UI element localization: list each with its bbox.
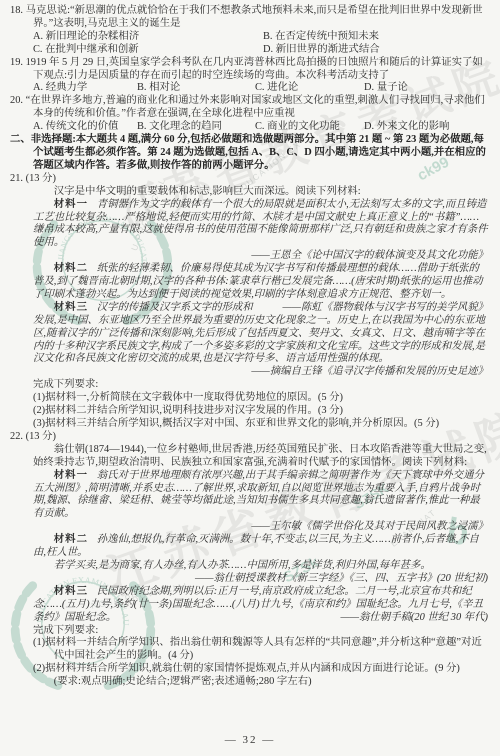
question-21-material-2: 材料二纸张的轻薄柔韧、价廉易得使其成为汉字书写和传播最理想的载体……借助于纸张的… <box>33 263 488 302</box>
question-21-number: 21. <box>10 173 23 184</box>
exam-page: 江苏省教育考试院 江苏省教育考试院 EDUCATION EX U PROVINC… <box>0 0 500 756</box>
question-21-requirements-label: 完成下列要求: <box>33 379 488 392</box>
material-2-label: 材料二 <box>54 263 88 274</box>
option-20-b: B. 文化理念的趋同 <box>137 121 255 134</box>
question-20-options: A. 传统文化的价值 B. 文化理念的趋同 C. 商业的文化功能 D. 外来文化… <box>10 121 488 134</box>
question-18-stem: 马克思说:“新思潮的优点就恰恰在于我们不想教条式地预料未来,而只是希望在批判旧世… <box>26 5 483 29</box>
question-22-score: (13 分) <box>26 431 56 442</box>
question-21-requirement-1: (1)据材料一,分析简牍在文字载体中一度取得优势地位的原因。(5 分) <box>33 392 488 405</box>
question-22-number: 22. <box>10 431 23 442</box>
question-21-material-1-citation: ——王恩全《论中国汉字的载体演变及其文化功能》 <box>33 250 488 263</box>
question-19-stem: 1919 年 5 月 29 日,英国皇家学会科考队在几内亚湾普林西比岛拍摄的日蚀… <box>26 57 483 81</box>
question-21-material-3-citation: ——摘编自王锋《追寻汉字传播和发展的历史足迹》 <box>33 366 488 379</box>
question-18: 18. 马克思说:“新思潮的优点就恰恰在于我们不想教条式地预料未来,而只是希望在… <box>10 5 488 31</box>
section-2-number: 二、 <box>10 134 31 145</box>
question-21-body: 汉字是中华文明的重要载体和标志,影响巨大而深远。阅读下列材料: 材料一青铜器作为… <box>33 186 488 431</box>
page-number: — 32 — <box>0 734 500 747</box>
material-1-label: 材料一 <box>54 199 88 210</box>
exam-content: 18. 马克思说:“新思潮的优点就恰恰在于我们不想教条式地预料未来,而只是希望在… <box>0 0 500 689</box>
question-20-stem: “在世界许多地方,普遍的商业化和通过外来影响对国家或地区文化的重塑,刺激人们寻找… <box>26 95 485 119</box>
material-3-label: 材料三 <box>54 586 88 597</box>
question-20: 20. “在世界许多地方,普遍的商业化和通过外来影响对国家或地区文化的重塑,刺激… <box>10 95 488 121</box>
material-1-text: 青铜器作为文字的载体有一个很大的局限就是面积太小,无法刻写太多的文字,而且铸造工… <box>33 199 488 249</box>
option-19-d: D. 量子论 <box>364 82 488 95</box>
question-22-material-3-citation: ——翁仕朝手稿(20 世纪 30 年代) <box>320 612 488 625</box>
option-20-c: C. 商业的文化功能 <box>255 121 364 134</box>
question-19-number: 19. <box>10 57 23 68</box>
option-18-d: D. 新旧世界的渐进式结合 <box>263 44 488 57</box>
material-3-label: 材料三 <box>54 302 88 313</box>
option-18-c: C. 在批判中继承和创新 <box>33 44 263 57</box>
question-22-requirement-1: (1)据材料一并结合所学知识、指出翁仕朝和魏源等人具有怎样的“共同意趣”,并分析… <box>33 637 488 663</box>
question-21-intro: 汉字是中华文明的重要载体和标志,影响巨大而深远。阅读下列材料: <box>33 186 488 199</box>
question-21-material-2-citation: ——陈虹《器物载体与汉字书写的美学风貌》 <box>262 302 488 315</box>
option-20-a: A. 传统文化的价值 <box>33 121 137 134</box>
material-1-label: 材料一 <box>54 470 88 481</box>
option-19-c: C. 进化论 <box>255 82 364 95</box>
section-2-text: 非选择题:本大题共 4 题,满分 60 分,包括必做题和选做题两部分。其中第 2… <box>31 134 486 171</box>
material-2-label: 材料二 <box>54 534 88 545</box>
section-2-header: 二、非选择题:本大题共 4 题,满分 60 分,包括必做题和选做题两部分。其中第… <box>10 134 488 173</box>
question-22-material-2-citation: ——翁仕朝授课教材《新三字经》《三、四、五字书》(20 世纪初) <box>33 573 488 586</box>
question-22-material-2b: 若学买卖,是为商家,有人办丝,有人办茶……中国所用,多是洋货,利归外国,每年甚多… <box>33 560 488 573</box>
question-22-requirements-label: 完成下列要求: <box>33 625 488 638</box>
question-22-intro: 翁仕朝(1874—1944),一位乡村塾师,世居香港,历经英国殖民扩张、日本攻陷… <box>33 444 488 470</box>
question-21-material-1: 材料一青铜器作为文字的载体有一个很大的局限就是面积太小,无法刻写太多的文字,而且… <box>33 199 488 251</box>
question-21-score: (13 分) <box>26 173 56 184</box>
question-21-heading: 21. (13 分) <box>10 173 488 186</box>
question-22-body: 翁仕朝(1874—1944),一位乡村塾师,世居香港,历经英国殖民扩张、日本攻陷… <box>33 444 488 689</box>
material-2-text: 孙逸仙,想报仇,行革命,灭满洲。数十年,不变志,以三民,为主义……前者仆,后者继… <box>33 534 479 558</box>
question-19-options: A. 经典力学 B. 相对论 C. 进化论 D. 量子论 <box>10 82 488 95</box>
material-1-text: 翁氏对于世界地理颇有浓厚兴趣,出于其手编亲辑之简明著作为《天下寰球中外交通分五大… <box>33 470 484 520</box>
question-20-number: 20. <box>10 95 23 106</box>
question-18-number: 18. <box>10 5 23 16</box>
question-22-requirement-2: (2)据材料并结合所学知识,就翁仕朝的家国情怀提炼观点,并从内涵和成因方面进行论… <box>33 663 488 676</box>
question-22-material-1-citation: ——王尔敏《儒学世俗化及其对于民间风教之浸濡》 <box>33 521 488 534</box>
question-21-requirement-3: (3)据材料三并结合所学知识,概括汉字对中国、东亚和世界文化的影响,并分析原因。… <box>33 418 488 431</box>
option-18-b: B. 在否定传统中预知未来 <box>263 31 488 44</box>
question-18-options: A. 新旧理论的杂糅相济 B. 在否定传统中预知未来 C. 在批判中继承和创新 … <box>10 31 488 57</box>
material-2-text: 纸张的轻薄柔韧、价廉易得使其成为汉字书写和传播最理想的载体……借助于纸张的普及,… <box>33 263 483 300</box>
question-22-material-3: 材料三民国政府纪念期,列明以后:正月一号,南京政府成立纪念。二月一号,北京宣布共… <box>33 586 488 625</box>
question-21-requirement-2: (2)据材料二并结合所学知识,说明科技进步对汉字发展的作用。(3 分) <box>33 405 488 418</box>
option-20-d: D. 外来文化的影响 <box>364 121 488 134</box>
question-19: 19. 1919 年 5 月 29 日,英国皇家学会科考队在几内亚湾普林西比岛拍… <box>10 57 488 83</box>
question-22-heading: 22. (13 分) <box>10 431 488 444</box>
option-19-b: B. 相对论 <box>137 82 255 95</box>
question-22-material-2: 材料二孙逸仙,想报仇,行革命,灭满洲。数十年,不变志,以三民,为主义……前者仆,… <box>33 534 488 560</box>
question-22-material-1: 材料一翁氏对于世界地理颇有浓厚兴趣,出于其手编亲辑之简明著作为《天下寰球中外交通… <box>33 470 488 522</box>
option-19-a: A. 经典力学 <box>33 82 137 95</box>
question-22-requirement-note: (要求:观点明确;史论结合;逻辑严密;表述通畅;280 字左右) <box>33 676 488 689</box>
option-18-a: A. 新旧理论的杂糅相济 <box>33 31 263 44</box>
